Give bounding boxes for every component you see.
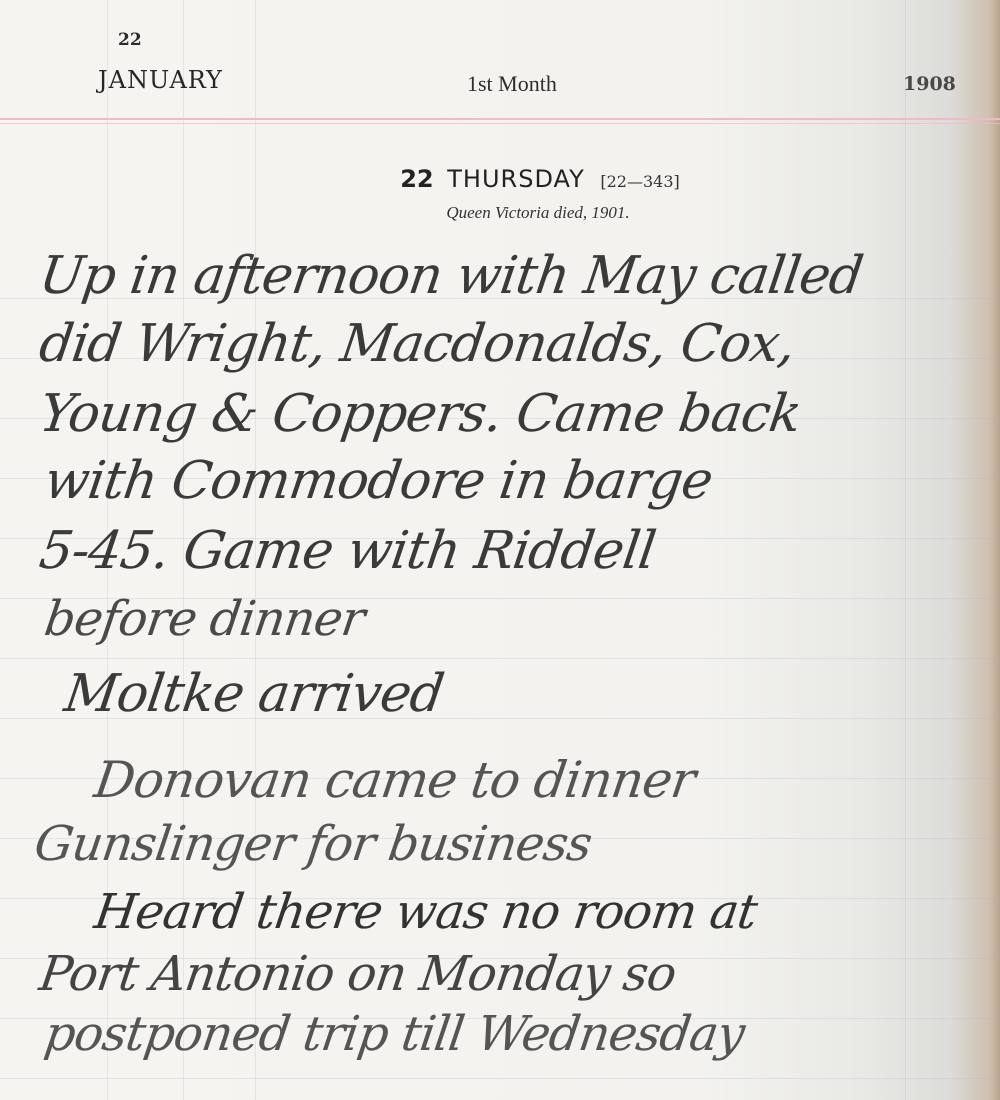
- day-range: [22—343]: [600, 172, 679, 191]
- day-heading: 22 THURSDAY [22—343]: [0, 165, 1000, 193]
- header-month-ordinal: 1st Month: [467, 71, 557, 97]
- entry-line: Young & Coppers. Came back: [36, 388, 803, 440]
- header-day-number: 22: [118, 30, 142, 50]
- header-rule: [0, 118, 1000, 120]
- entry-line: Heard there was no room at: [92, 888, 760, 936]
- header-year: 1908: [903, 73, 956, 95]
- entry-line: postponed trip till Wednesday: [42, 1010, 747, 1058]
- diary-page: 22 JANUARY 1st Month 1908 22 THURSDAY [2…: [0, 0, 1000, 1100]
- ruled-line: [0, 1078, 1000, 1079]
- entry-line: before dinner: [42, 595, 367, 643]
- entry-line: Moltke arrived: [61, 668, 446, 720]
- entry-line: with Commodore in barge: [41, 455, 715, 507]
- entry-line: did Wright, Macdonalds, Cox,: [36, 318, 797, 370]
- header-month: JANUARY: [98, 66, 223, 94]
- weekday: THURSDAY: [447, 165, 584, 193]
- header-rule: [0, 123, 1000, 124]
- ruled-line: [0, 658, 1000, 659]
- entry-line: Up in afternoon with May called: [36, 250, 865, 302]
- entry-line: Port Antonio on Monday so: [37, 950, 679, 998]
- day-note: Queen Victoria died, 1901.: [0, 203, 1000, 223]
- entry-line: Donovan came to dinner: [91, 755, 697, 805]
- entry-line: Gunslinger for business: [32, 820, 595, 868]
- day-number: 22: [400, 165, 433, 193]
- entry-line: 5-45. Game with Riddell: [36, 525, 658, 577]
